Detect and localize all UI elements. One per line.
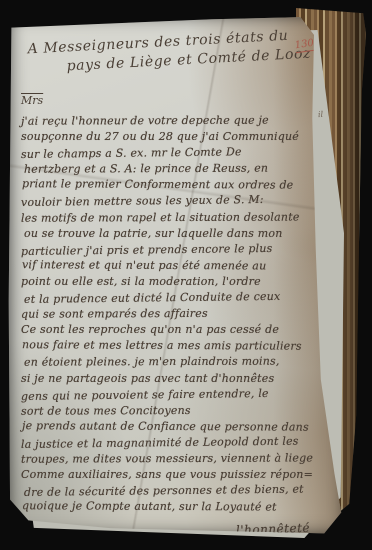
manuscript-line: quoique je Compte autant, sur la Loyauté… xyxy=(22,498,341,516)
manuscript-page: A Messeigneurs des trois états du pays d… xyxy=(8,14,348,536)
salutation: Mrs xyxy=(21,94,43,107)
manuscript-line: sort de tous mes Concitoyens xyxy=(21,402,341,419)
manuscript-line: j'ai reçu l'honneur de votre depeche que… xyxy=(21,112,341,129)
edge-ink-marks: il xyxy=(318,110,324,119)
manuscript-line: vif interest et qui n'eut pas été amenée… xyxy=(22,257,341,275)
manuscript-line: point ou elle est, si la moderation, l'o… xyxy=(21,274,341,290)
manuscript-line: en étoient pleines. je m'en plaindrois m… xyxy=(24,354,341,371)
manuscript-line: qui se sont emparés des affaires xyxy=(21,305,341,322)
manuscript-line: soupçonne du 27 ou du 28 que j'ai Commun… xyxy=(21,129,341,145)
manuscript-body: j'ai reçu l'honneur de votre depeche que… xyxy=(21,113,341,515)
manuscript-line: dre de la sécurité des personnes et des … xyxy=(24,481,341,501)
title-line-1: A Messeigneurs des trois états du xyxy=(27,27,310,58)
manuscript-title: A Messeigneurs des trois états du pays d… xyxy=(27,27,311,77)
photo-background: { "photo": { "background_color": "#0b0b0… xyxy=(0,0,372,550)
manuscript-line: priant le premier Conformement aux ordre… xyxy=(22,177,341,195)
manuscript-line: Comme auxiliaires, sans que vous puissie… xyxy=(21,467,341,483)
page-number: 130 xyxy=(294,38,315,54)
manuscript-line: troupes, me dites vous messieurs, vienne… xyxy=(21,450,341,467)
manuscript-line: je prends autant de Confiance que person… xyxy=(22,418,341,436)
manuscript-line: hertzberg et a S. A: le prince de Reuss,… xyxy=(24,161,341,178)
manuscript-line: Ce sont les reproches qu'on n'a pas cess… xyxy=(21,322,341,338)
manuscript-line: les motifs de mon rapel et la situation … xyxy=(21,209,341,226)
title-line-2: pays de Liège et Comté de Looz xyxy=(66,46,311,75)
manuscript-line: nous faire et mes lettres a mes amis par… xyxy=(22,337,341,355)
manuscript-line: gens qui ne pouvoient se faire entendre,… xyxy=(21,385,341,405)
manuscript-line: sur le champs a S. ex. mr le Comte De xyxy=(21,143,341,163)
manuscript-line: vouloir bien mettre sous les yeux de S. … xyxy=(21,192,341,212)
manuscript-line: la justice et la magnanimité de Leopold … xyxy=(21,433,341,453)
manuscript-line: si je ne partageois pas avec tant d'honn… xyxy=(21,371,341,387)
manuscript-line: et la prudence eut dicté la Conduite de … xyxy=(24,288,341,308)
manuscript-line: ou se trouve la patrie, sur laquelle dan… xyxy=(24,226,341,242)
manuscript-line: particulier j'ai pris et prends encore l… xyxy=(21,240,341,260)
